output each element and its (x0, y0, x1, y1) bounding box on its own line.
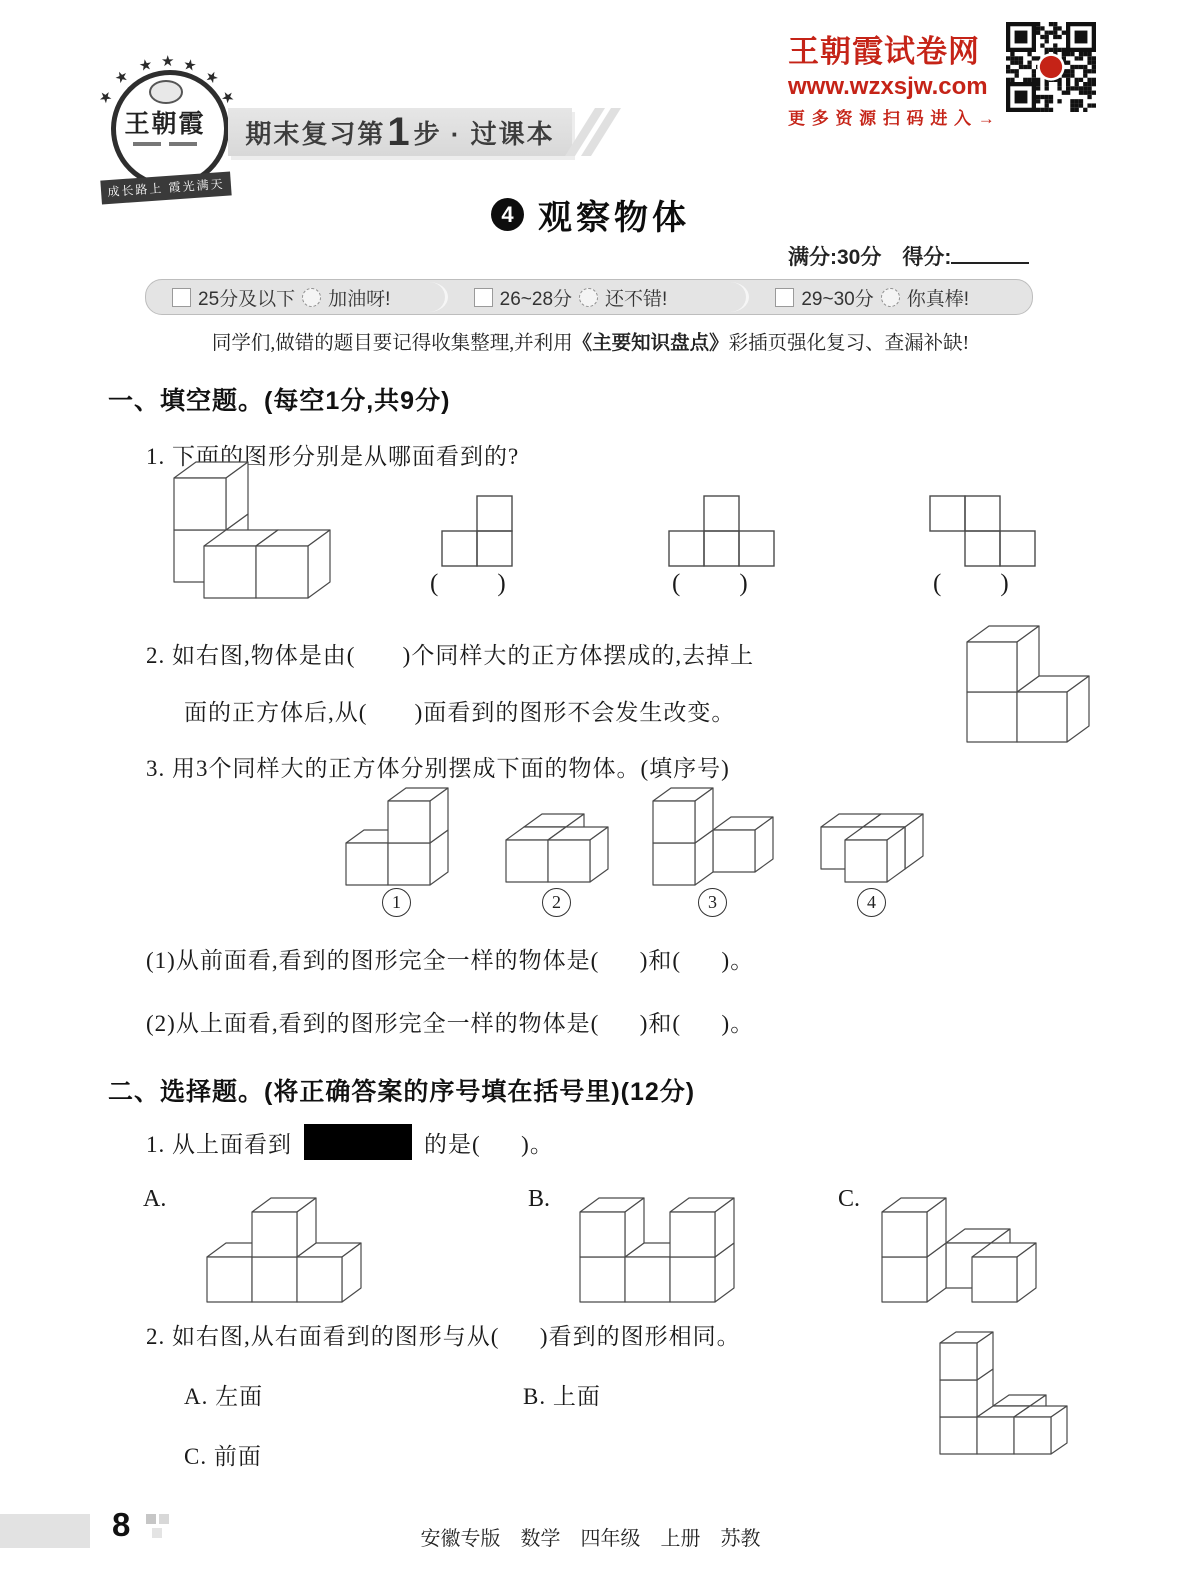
qr-code (1006, 22, 1096, 112)
segment-divider (730, 282, 749, 312)
segment-divider (429, 282, 448, 312)
lesson-title: 观察物体 (538, 190, 690, 239)
s1-q3-text: 3. 用3个同样大的正方体分别摆成下面的物体。(填序号) (146, 750, 730, 783)
s1-q2-line1: 2. 如右图,物体是由( )个同样大的正方体摆成的,去掉上 (146, 637, 754, 670)
option-c-figure[interactable] (880, 1196, 1038, 1304)
score-comment: 加油呀! (328, 284, 390, 311)
s2-q1-line: 1. 从上面看到 的是( )。 (146, 1122, 554, 1162)
notice-pre: 同学们,做错的题目要记得收集整理,并利用 (212, 333, 573, 354)
answer-bracket[interactable]: ( ) (933, 570, 1010, 598)
s2-q2-option-a[interactable]: A. 左面 (184, 1378, 263, 1411)
option-a-label: A. (143, 1186, 166, 1213)
option-b-label: B. (528, 1186, 550, 1213)
view-shape-figure (667, 494, 776, 568)
option-c-label: C. (838, 1186, 860, 1213)
score-segment: 29~30分 你真棒! (749, 284, 1032, 311)
score-range: 25分及以下 (198, 284, 295, 311)
logo-subtext (169, 142, 197, 146)
score-range: 29~30分 (801, 284, 873, 311)
star-icon: ★ (161, 52, 174, 71)
score-range: 26~28分 (500, 284, 572, 311)
brand-block: 王朝霞试卷网 www.wzxsjw.com 更 多 资 源 扫 码 进 入 → (788, 26, 1002, 129)
option-a-figure[interactable] (205, 1196, 363, 1304)
checkbox[interactable] (775, 288, 794, 307)
band-title-post: 步 · 过课本 (414, 114, 555, 151)
checkbox[interactable] (172, 288, 191, 307)
footer-edition: 安徽专版 数学 四年级 上册 苏教 (0, 1522, 1181, 1551)
notice-book-title: 《主要知识盘点》 (573, 332, 729, 354)
cube-arrangement-3 (651, 786, 775, 887)
cube-arrangement-4 (819, 812, 925, 884)
circled-number-1: 1 (382, 888, 411, 917)
s2-q2-option-b[interactable]: B. 上面 (523, 1378, 601, 1411)
page-title: 4 观察物体 (0, 190, 1181, 239)
logo-text: 王朝霞 (103, 104, 227, 140)
brand-url[interactable]: www.wzxsjw.com (788, 73, 1002, 101)
score-segment: 26~28分 还不错! (448, 284, 731, 311)
score-comment: 你真棒! (907, 284, 969, 311)
s1-q3-sub1: (1)从前面看,看到的图形完全一样的物体是( )和( )。 (146, 942, 754, 975)
s2-q1-post: 的是( )。 (424, 1126, 554, 1159)
cube-arrangement-2 (504, 812, 610, 884)
checkbox[interactable] (474, 288, 493, 307)
header-band: 期末复习第1步 · 过课本 (228, 108, 572, 156)
score-band-bar: 25分及以下 加油呀! 26~28分 还不错! 29~30分 你真棒! (145, 279, 1033, 315)
score-blank[interactable] (951, 242, 1029, 264)
section1-heading: 一、填空题。(每空1分,共9分) (108, 381, 450, 417)
s2-q1-pre: 1. 从上面看到 (146, 1126, 292, 1159)
circled-number-2: 2 (542, 888, 571, 917)
circled-number-3: 3 (698, 888, 727, 917)
view-shape-figure (440, 494, 514, 568)
brand-tagline: 更 多 资 源 扫 码 进 入 → (788, 104, 1002, 129)
publisher-logo: ★ ★ ★ ★ ★ ★ ★ 王朝霞 成长路上 霞光满天 (103, 58, 243, 210)
got-score-label: 得分: (902, 246, 951, 269)
smiley-icon (881, 288, 900, 307)
smiley-icon (302, 288, 321, 307)
full-score-label: 满分:30分 (788, 246, 881, 269)
logo-subtext (133, 142, 161, 146)
lesson-number-badge: 4 (491, 198, 524, 231)
band-title-pre: 期末复习第 (245, 114, 385, 151)
cube-figure-3d (938, 1330, 1069, 1456)
cube-figure-3d (965, 624, 1091, 744)
portrait-icon (149, 80, 183, 104)
cube-figure-3d (172, 460, 332, 600)
worksheet-page: ★ ★ ★ ★ ★ ★ ★ 王朝霞 成长路上 霞光满天 期末复习第1步 · 过课… (0, 0, 1181, 1582)
s1-q3-sub2: (2)从上面看,看到的图形完全一样的物体是( )和( )。 (146, 1005, 754, 1038)
answer-bracket[interactable]: ( ) (672, 570, 749, 598)
view-shape-figure (928, 494, 1037, 568)
s2-q2-option-c[interactable]: C. 前面 (184, 1438, 262, 1471)
cube-arrangement-1 (344, 786, 450, 887)
answer-bracket[interactable]: ( ) (430, 570, 507, 598)
score-comment: 还不错! (605, 284, 667, 311)
s2-q2-text: 2. 如右图,从右面看到的图形与从( )看到的图形相同。 (146, 1318, 741, 1351)
smiley-icon (579, 288, 598, 307)
section2-heading: 二、选择题。(将正确答案的序号填在括号里)(12分) (108, 1072, 695, 1108)
band-step-number: 1 (385, 110, 413, 155)
brand-title: 王朝霞试卷网 (788, 26, 1002, 71)
top-view-grid (302, 1122, 414, 1162)
option-b-figure[interactable] (578, 1196, 736, 1304)
notice-line: 同学们,做错的题目要记得收集整理,并利用《主要知识盘点》彩插页强化复习、查漏补缺… (0, 327, 1181, 377)
circled-number-4: 4 (857, 888, 886, 917)
score-segment: 25分及以下 加油呀! (146, 284, 429, 311)
notice-post: 彩插页强化复习、查漏补缺! (729, 333, 970, 354)
s1-q2-line2: 面的正方体后,从( )面看到的图形不会发生改变。 (184, 694, 735, 727)
